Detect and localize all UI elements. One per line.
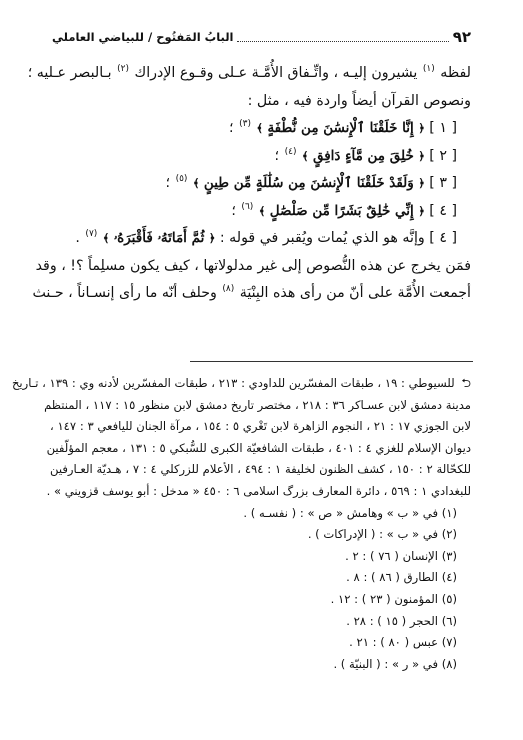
footnote-ref-7[interactable]: (٧) <box>85 229 97 239</box>
running-title: البابُ المَفتُوح / للبياضي العاملي <box>52 28 233 46</box>
footnote-5: (٥) المؤمنون ( ٢٣ ) : ١٢ . <box>50 589 471 611</box>
ornate-bracket-close-icon: ﴾ <box>103 232 109 245</box>
verse-number: [ ١ ] <box>429 120 457 136</box>
footnote-continuation-line: ديوان الإسلام للغزي ٤ : ٤٠١ ، طبقات الشا… <box>50 438 471 460</box>
book-page: ٩٢ البابُ المَفتُوح / للبياضي العاملي لف… <box>0 0 523 740</box>
punctuation: ؛ <box>231 203 236 219</box>
verse-number: [ ٤ ] <box>429 203 457 219</box>
quran-verse: إِنَّا خَلَقْنَا ٱلْإِنسَٰنَ مِن نُّطْفَ… <box>267 120 413 136</box>
verse-line-1: [ ١ ] ﴿ إِنَّا خَلَقْنَا ٱلْإِنسَٰنَ مِن… <box>50 115 471 143</box>
running-header: ٩٢ البابُ المَفتُوح / للبياضي العاملي <box>52 24 471 46</box>
header-dotted-leader <box>237 40 448 42</box>
footnote-continuation-line: مدينة دمشق لابن عسـاكر ٣٦ : ٢١٨ ، مختصر … <box>50 395 471 417</box>
footnote-8: (٨) في « ر » : ( البنيّة ) . <box>50 654 471 676</box>
footnote-ref-3[interactable]: (٣) <box>239 119 251 129</box>
punctuation: ؛ <box>166 175 171 191</box>
ornate-bracket-open-icon: ﴿ <box>209 232 215 245</box>
ornate-bracket-open-icon: ﴿ <box>418 150 424 163</box>
text-segment: أجمعت الأُمَّة على أنّ من رأى هذه البِنْ… <box>240 285 471 301</box>
text-segment: وإنَّه هو الذي يُمات ويُقبر في قوله : <box>220 230 425 246</box>
footnote-4: (٤) الطارق ( ٨٦ ) : ٨ . <box>50 567 471 589</box>
body-line-9: أجمعت الأُمَّة على أنّ من رأى هذه البِنْ… <box>50 280 471 308</box>
page-number: ٩٢ <box>453 28 471 46</box>
ornate-bracket-close-icon: ﴾ <box>193 177 199 190</box>
verse-number: [ ٤ ] <box>429 230 457 246</box>
footnote-6: (٦) الحجر ( ١٥ ) : ٢٨ . <box>50 611 471 633</box>
footnote-3: (٣) الإنسان ( ٧٦ ) : ٢ . <box>50 546 471 568</box>
footnote-continuation-line: للبغدادي ١ : ٥٦٩ ، دائرة المعارف بزرگ اس… <box>50 481 471 503</box>
punctuation: . <box>75 230 80 246</box>
ornate-bracket-close-icon: ﴾ <box>259 205 265 218</box>
footnote-ref-4[interactable]: (٤) <box>285 147 297 157</box>
verse-line-4: [ ٤ ] ﴿ إِنِّي خَٰلِقٌ بَشَرًا مِّن صَلْ… <box>50 198 471 226</box>
ornate-bracket-open-icon: ﴿ <box>418 205 424 218</box>
footnote-ref-6[interactable]: (٦) <box>241 202 253 212</box>
ornate-bracket-close-icon: ﴾ <box>256 122 262 135</box>
text-segment: يشيرون إليـه ، واتِّـفاق الأُمَّـة عـلى … <box>135 65 418 81</box>
footnote-ref-1[interactable]: (١) <box>423 64 435 74</box>
text-segment: بـالبصر عـليه ؛ <box>28 65 112 81</box>
punctuation: ؛ <box>275 148 280 164</box>
footnote-7: (٧) عبس ( ٨٠ ) : ٢١ . <box>50 632 471 654</box>
footnote-2: (٢) في « ب » : ( الإدراكات ) . <box>50 524 471 546</box>
footnote-ref-2[interactable]: (٢) <box>117 64 129 74</box>
body-line-8: فمَن يخرج عن هذه النُّصوص إلى غير مدلولا… <box>50 253 471 281</box>
verse-number: [ ٣ ] <box>429 175 457 191</box>
footnotes: ⮌ للسيوطي : ١٩ ، طبقات المفسّرين للداودي… <box>50 373 471 675</box>
text-segment: وحلف أنّه ما رأى إنسـاناً ، حـنث <box>32 285 216 301</box>
footnote-1: (١) في « ب » وهامش « ص » : ( نفسـه ) . <box>50 503 471 525</box>
verse-number: [ ٢ ] <box>429 148 457 164</box>
footnote-continuation-line: للكحّالة ٢ : ١٥٠ ، كشف الظنون لخليفة ١ :… <box>50 459 471 481</box>
text-segment: لفظه <box>440 65 471 81</box>
continuation-arrow-icon: ⮌ <box>461 373 471 395</box>
body-line-2: ونصوص القرآن أيضاً واردة فيه ، مثل : <box>50 88 471 116</box>
quran-verse: إِنِّي خَٰلِقٌ بَشَرًا مِّن صَلْصَٰلٍ <box>270 203 414 219</box>
quran-verse: ثُمَّ أَمَاتَهُۥ فَأَقْبَرَهُۥ <box>114 230 205 246</box>
quran-verse: خُلِقَ مِن مَّآءٍ دَافِقٍ <box>313 148 414 164</box>
footnote-ref-5[interactable]: (٥) <box>176 174 188 184</box>
verse-line-3: [ ٣ ] ﴿ وَلَقَدْ خَلَقْنَا ٱلْإِنسَٰنَ م… <box>50 170 471 198</box>
main-text: لفظه (١) يشيرون إليـه ، واتِّـفاق الأُمَ… <box>50 60 471 308</box>
verse-line-5: [ ٤ ] وإنَّه هو الذي يُمات ويُقبر في قول… <box>50 225 471 253</box>
ornate-bracket-open-icon: ﴿ <box>418 122 424 135</box>
body-line-1: لفظه (١) يشيرون إليـه ، واتِّـفاق الأُمَ… <box>50 60 471 88</box>
text-segment: للسيوطي : ١٩ ، طبقات المفسّرين للداودي :… <box>12 376 455 390</box>
quran-verse: وَلَقَدْ خَلَقْنَا ٱلْإِنسَٰنَ مِن سُلَٰ… <box>204 175 414 191</box>
punctuation: ؛ <box>229 120 234 136</box>
footnote-continuation-line: لابن الجوزي ١٧ : ٢١ ، النجوم الزاهرة لاب… <box>50 416 471 438</box>
verse-line-2: [ ٢ ] ﴿ خُلِقَ مِن مَّآءٍ دَافِقٍ ﴾ (٤) … <box>50 143 471 171</box>
ornate-bracket-close-icon: ﴾ <box>302 150 308 163</box>
ornate-bracket-open-icon: ﴿ <box>418 177 424 190</box>
footnote-continuation-line: ⮌ للسيوطي : ١٩ ، طبقات المفسّرين للداودي… <box>50 373 471 395</box>
footnote-ref-8[interactable]: (٨) <box>222 284 234 294</box>
footnote-separator <box>190 361 473 362</box>
